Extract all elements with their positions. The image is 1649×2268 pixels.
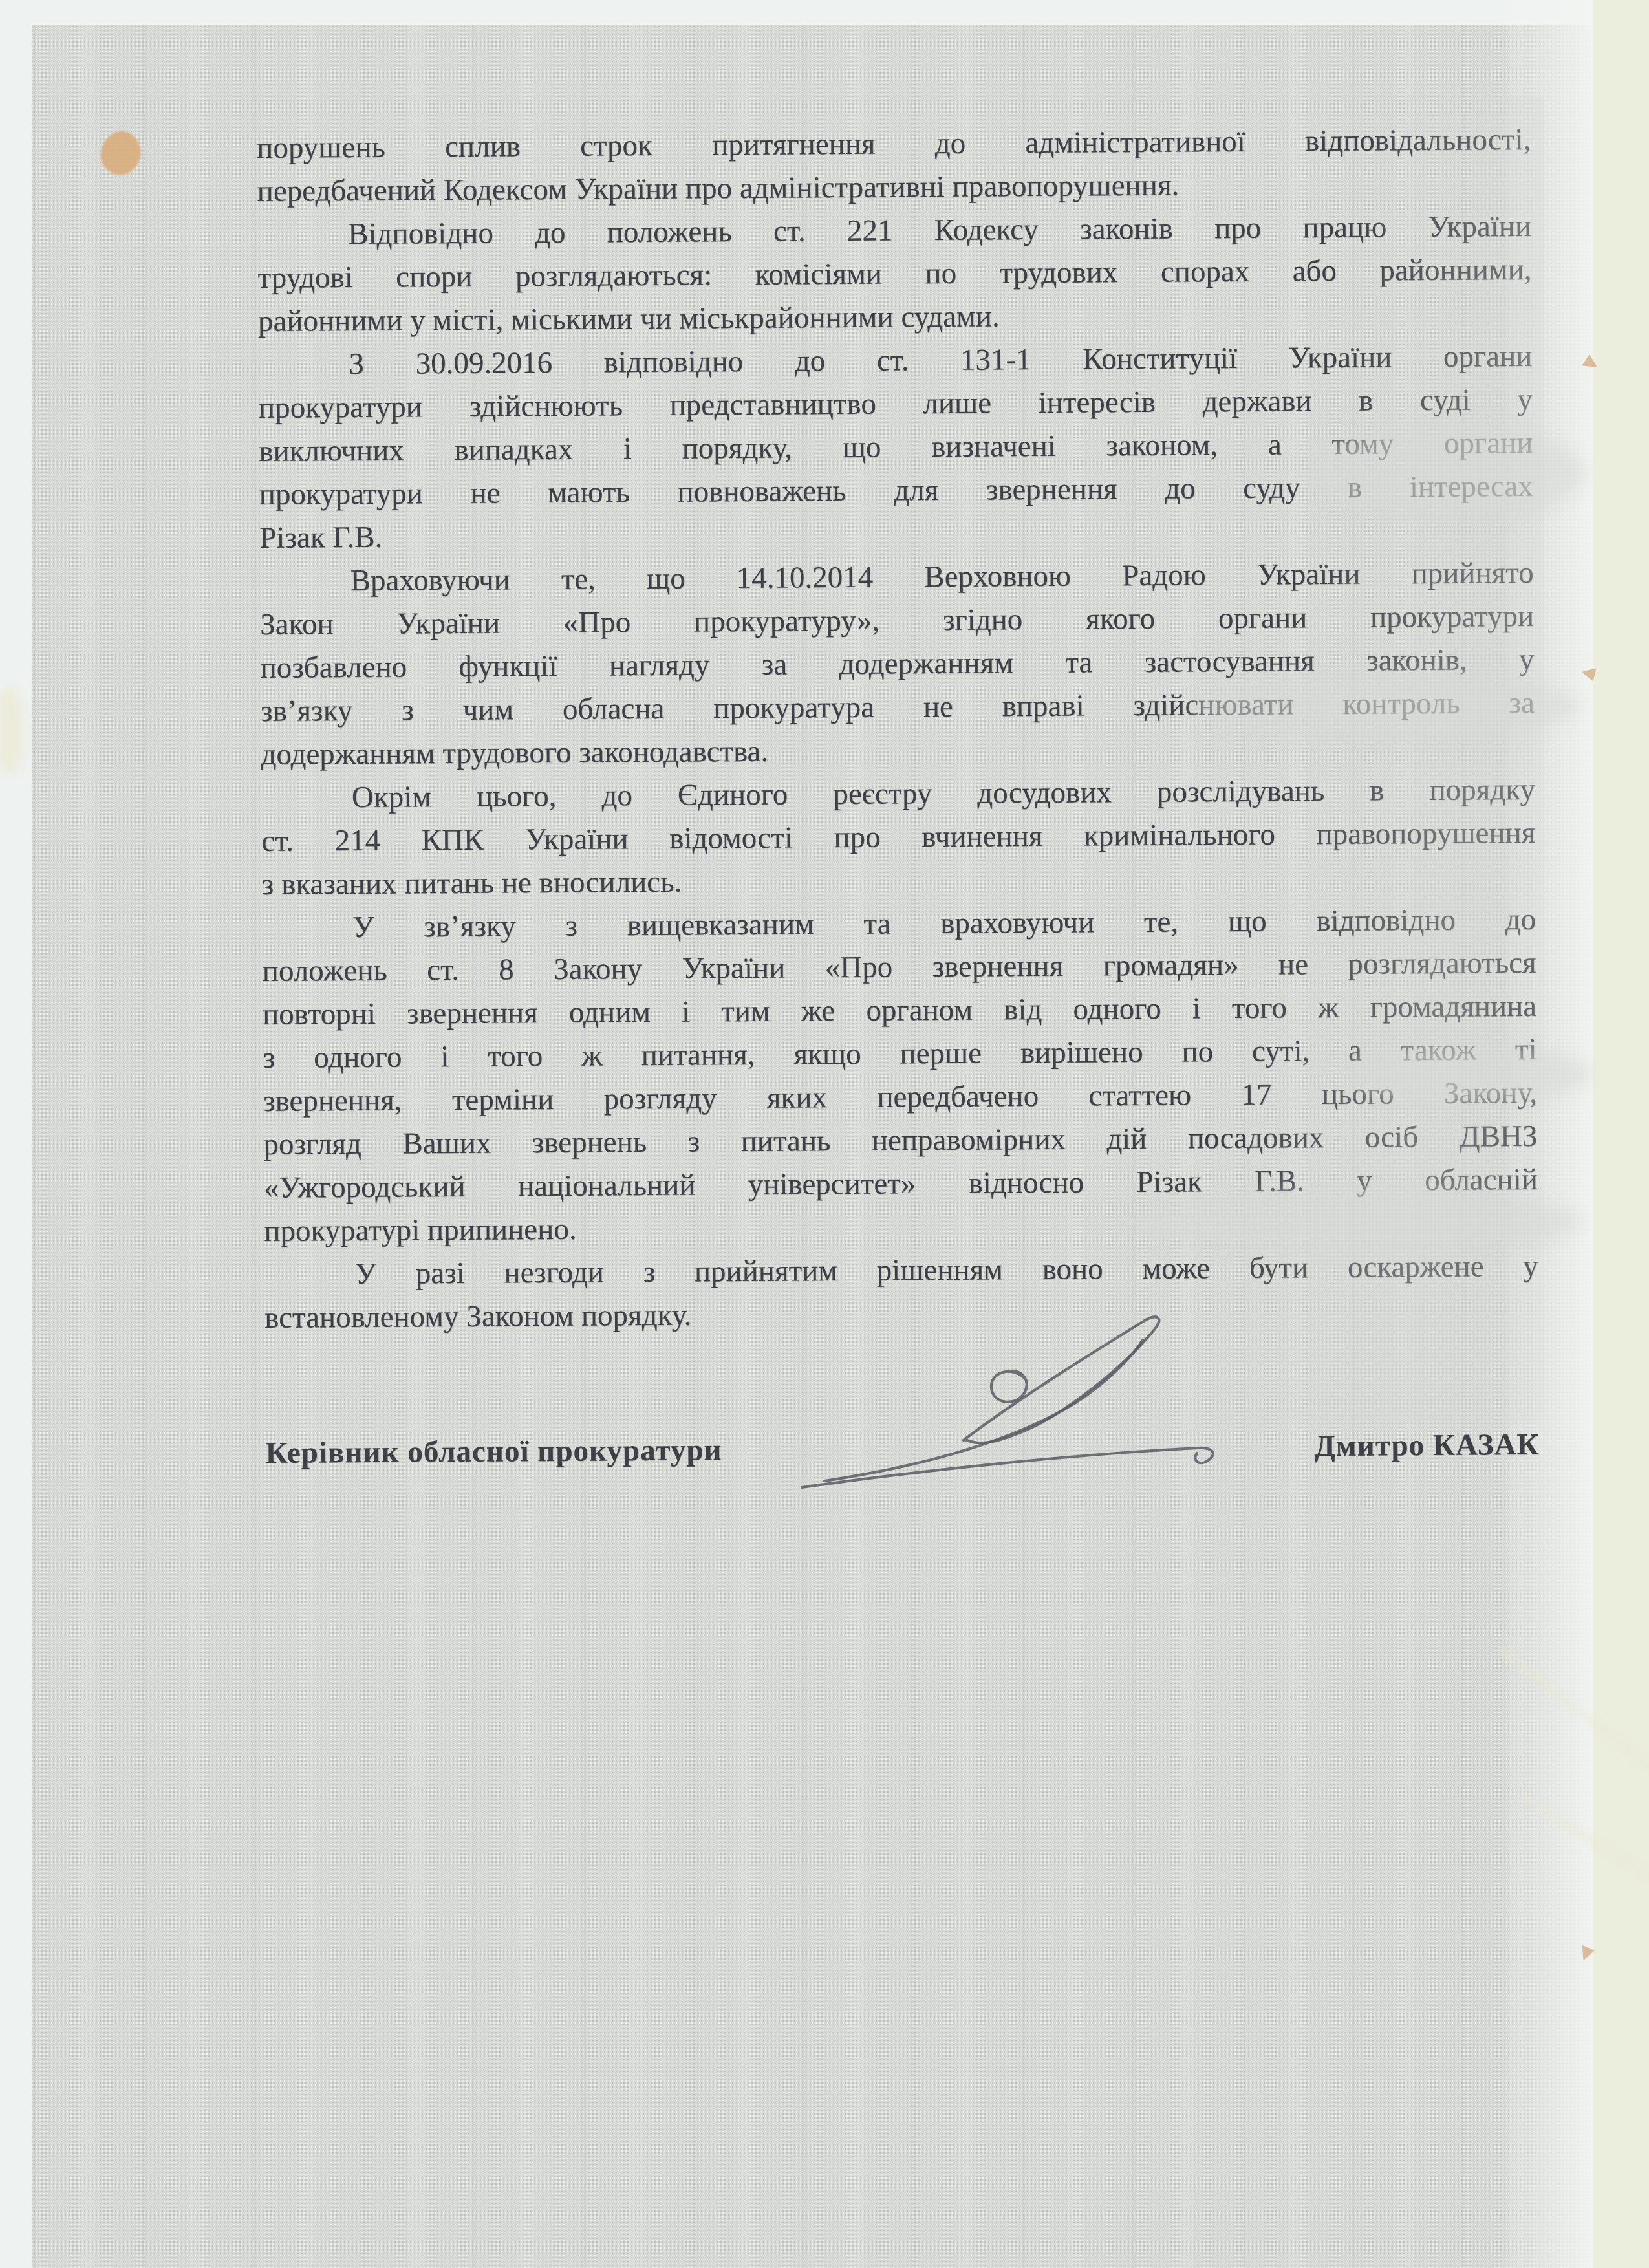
text-line: порушень сплив строк притягнення до адмі… xyxy=(257,118,1531,170)
text-line: трудові спори розглядаються: комісіями п… xyxy=(257,248,1531,300)
text-line: У разі незгоди з прийнятим рішенням воно… xyxy=(264,1245,1538,1297)
paragraph: Враховуючи те, що 14.10.2014 Верховною Р… xyxy=(259,552,1535,777)
text-line: «Ужгородський національний університет» … xyxy=(264,1158,1538,1210)
signer-name: Дмитро КАЗАК xyxy=(1314,1423,1540,1468)
text-line: ст. 214 КПК України відомості про вчинен… xyxy=(261,812,1535,863)
scanner-edge-band xyxy=(1593,0,1649,2268)
scanned-document-page: порушень сплив строк притягнення до адмі… xyxy=(0,0,1649,2268)
text-line: зв’язку з чим обласна прокуратура не впр… xyxy=(261,682,1535,733)
paragraph: З 30.09.2016 відповідно до ст. 131-1 Кон… xyxy=(258,335,1533,560)
text-line: прокуратури не мають повноважень для зве… xyxy=(259,465,1533,517)
signer-position-title: Керівник обласної прокуратури xyxy=(265,1429,722,1475)
paragraph: Окрім цього, до Єдиного реєстру досудови… xyxy=(261,768,1536,907)
paper-stain xyxy=(0,686,23,776)
letter-body: порушень сплив строк притягнення до адмі… xyxy=(257,118,1540,1475)
paragraph: порушень сплив строк притягнення до адмі… xyxy=(257,118,1531,213)
handwritten-signature xyxy=(786,1301,1238,1495)
paragraph: У зв’язку з вищевказаним та враховуючи т… xyxy=(262,898,1538,1253)
paragraph: Відповідно до положень ст. 221 Кодексу з… xyxy=(257,205,1532,343)
